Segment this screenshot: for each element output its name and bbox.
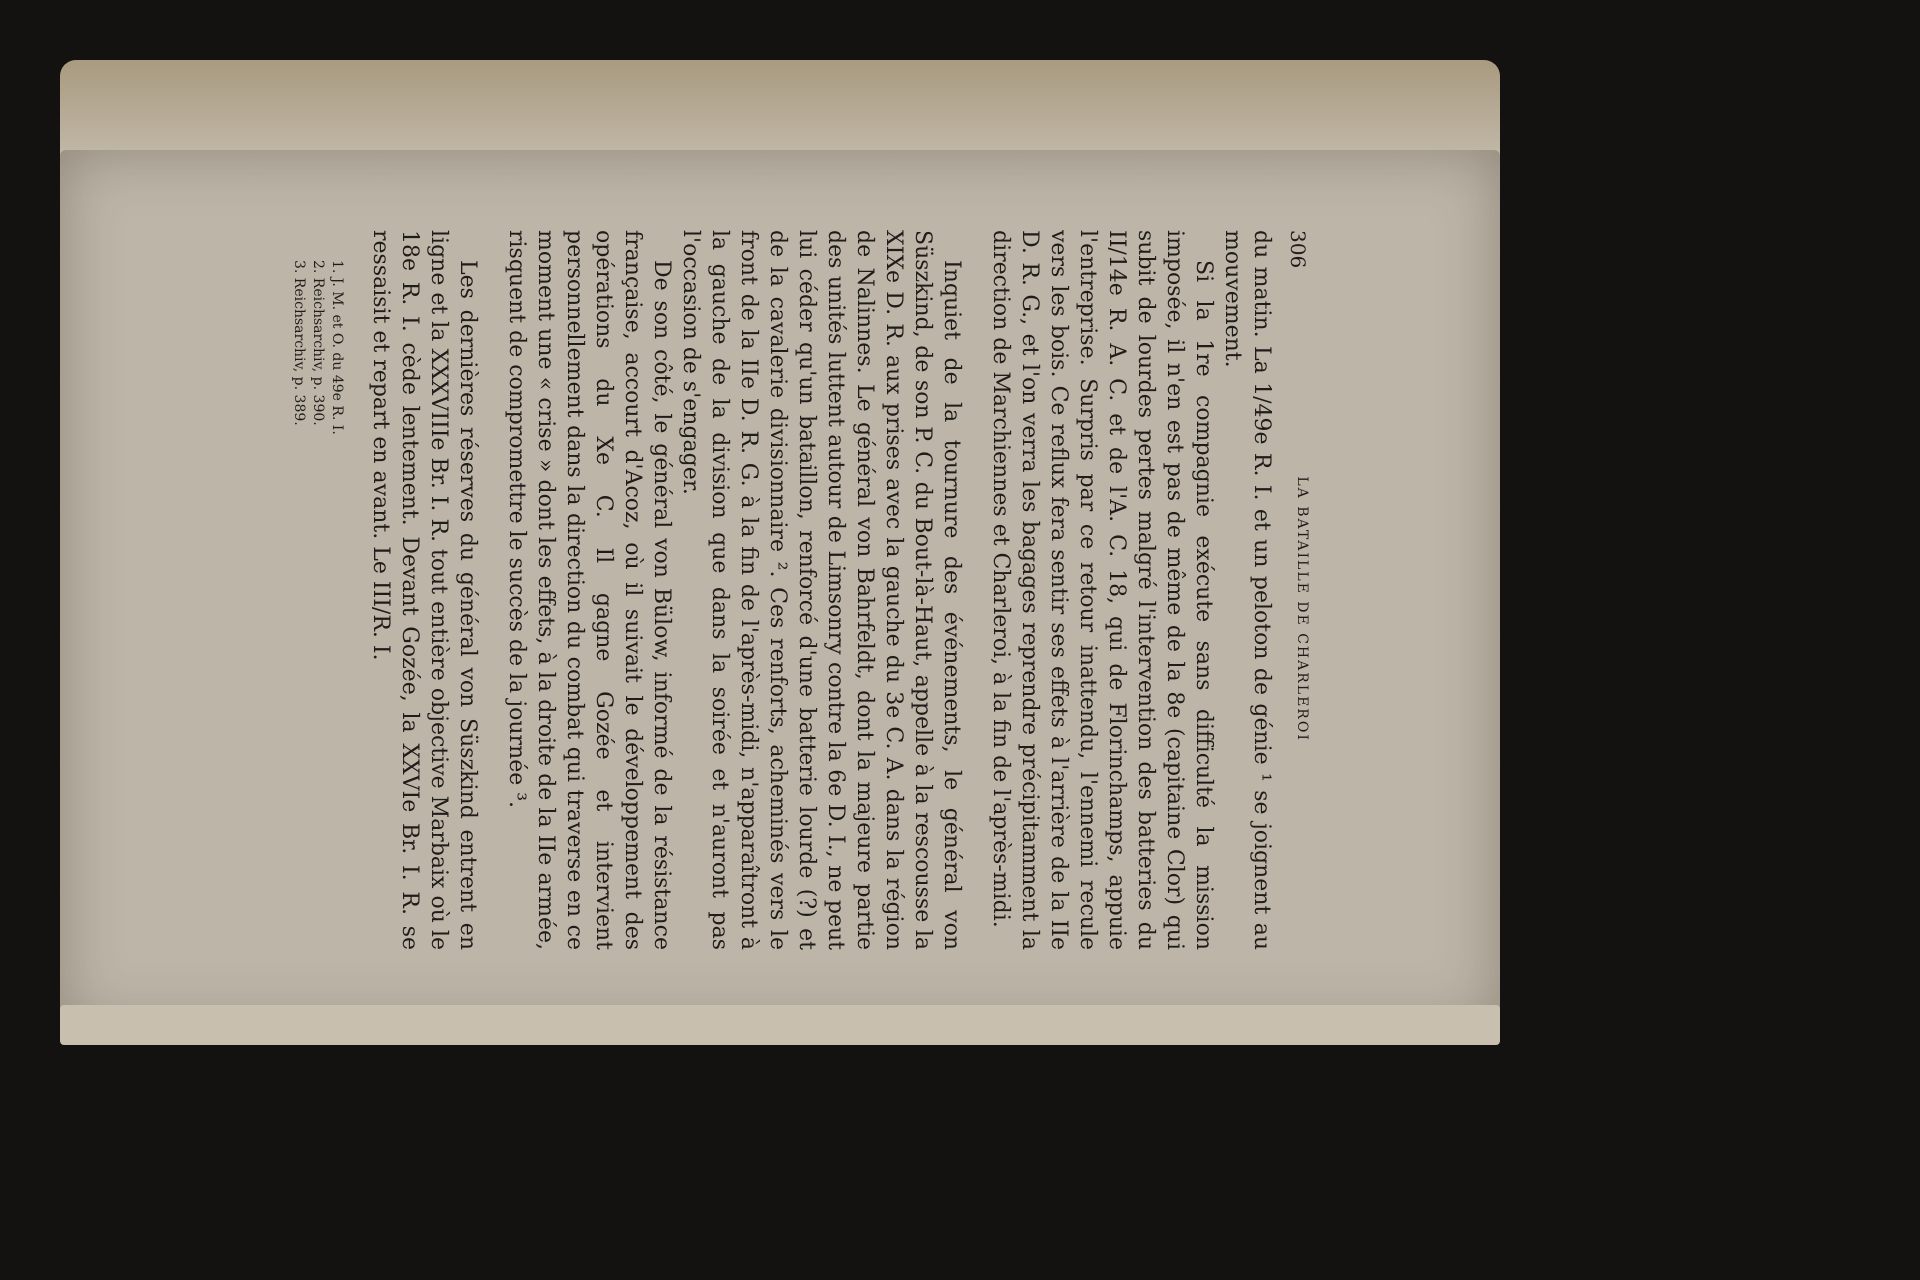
footnote: 2. Reichsarchiv, p. 390. [308,260,327,950]
paragraph: du matin. La 1/49e R. I. et un peloton d… [1218,230,1276,950]
footnote: 1. J. M. et O. du 49e R. I. [327,260,346,950]
footnotes: 1. J. M. et O. du 49e R. I. 2. Reichsarc… [289,230,346,950]
next-page-edge [60,1005,1500,1045]
paragraph: Inquiet de la tournure des événements, l… [676,230,966,950]
page-stack-edge [60,60,1500,160]
page-number: 306 [1286,230,1310,268]
running-title: LA BATAILLE DE CHARLEROI [1286,476,1310,742]
paragraph: De son côté, le général von Bülow, infor… [502,230,676,950]
paragraph: Si la 1re compagnie exécute sans difficu… [986,230,1218,950]
paragraph: Les dernières réserves du général von Sü… [366,230,482,950]
footnote: 3. Reichsarchiv, p. 389. [289,260,308,950]
page-content: 306 LA BATAILLE DE CHARLEROI du matin. L… [250,230,1310,950]
running-header: 306 LA BATAILLE DE CHARLEROI [1286,230,1310,950]
